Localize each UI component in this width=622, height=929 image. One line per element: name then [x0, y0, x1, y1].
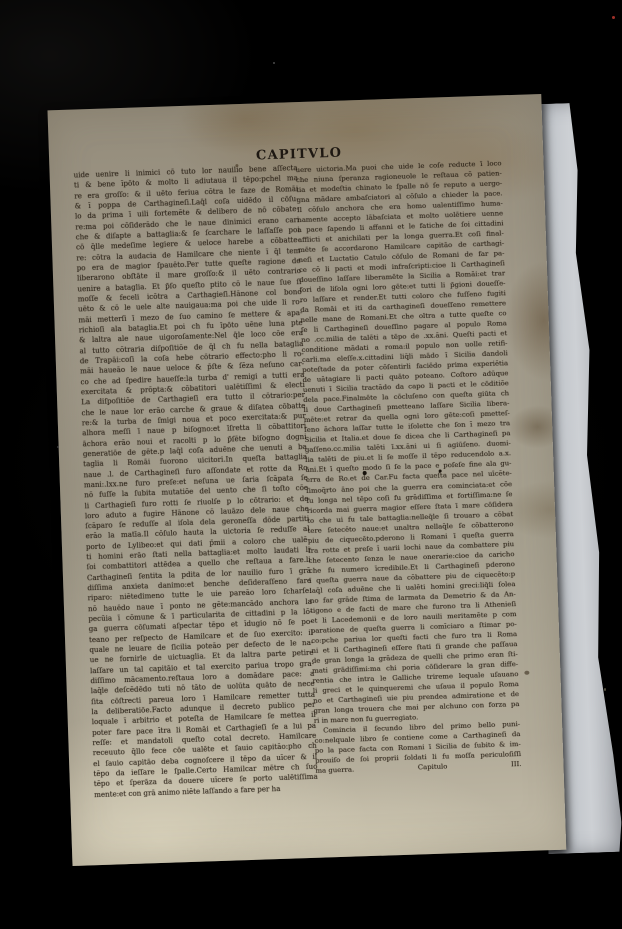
stain-spot	[524, 671, 529, 675]
text-column-right: uere uictoria.Ma puoi che uide le coſe r…	[295, 158, 521, 775]
dust-speck	[273, 62, 275, 64]
book-leaf: CAPITVLO uide uenire li inimici cō tuto …	[47, 92, 622, 874]
chapter-label: Capitulo	[418, 761, 448, 772]
stain-spot	[235, 164, 238, 167]
parchment-page: CAPITVLO uide uenire li inimici cō tuto …	[47, 94, 566, 866]
chapter-number: III.	[511, 759, 522, 769]
text-column-left: uide uenire li inimici cō tuto lor nauil…	[73, 163, 318, 800]
dust-speck	[604, 688, 606, 691]
ink-spot	[439, 469, 442, 472]
dust-speck	[612, 16, 615, 19]
right-column-paragraph: uere uictoria.Ma puoi che uide le coſe r…	[295, 158, 519, 725]
closing-paragraph: Comincia il ſecundo libro del primo bell…	[314, 719, 521, 766]
closing-text: ma guerra.	[315, 764, 354, 775]
photo-background: CAPITVLO uide uenire li inimici cō tuto …	[0, 0, 622, 929]
dust-speck	[57, 446, 59, 448]
